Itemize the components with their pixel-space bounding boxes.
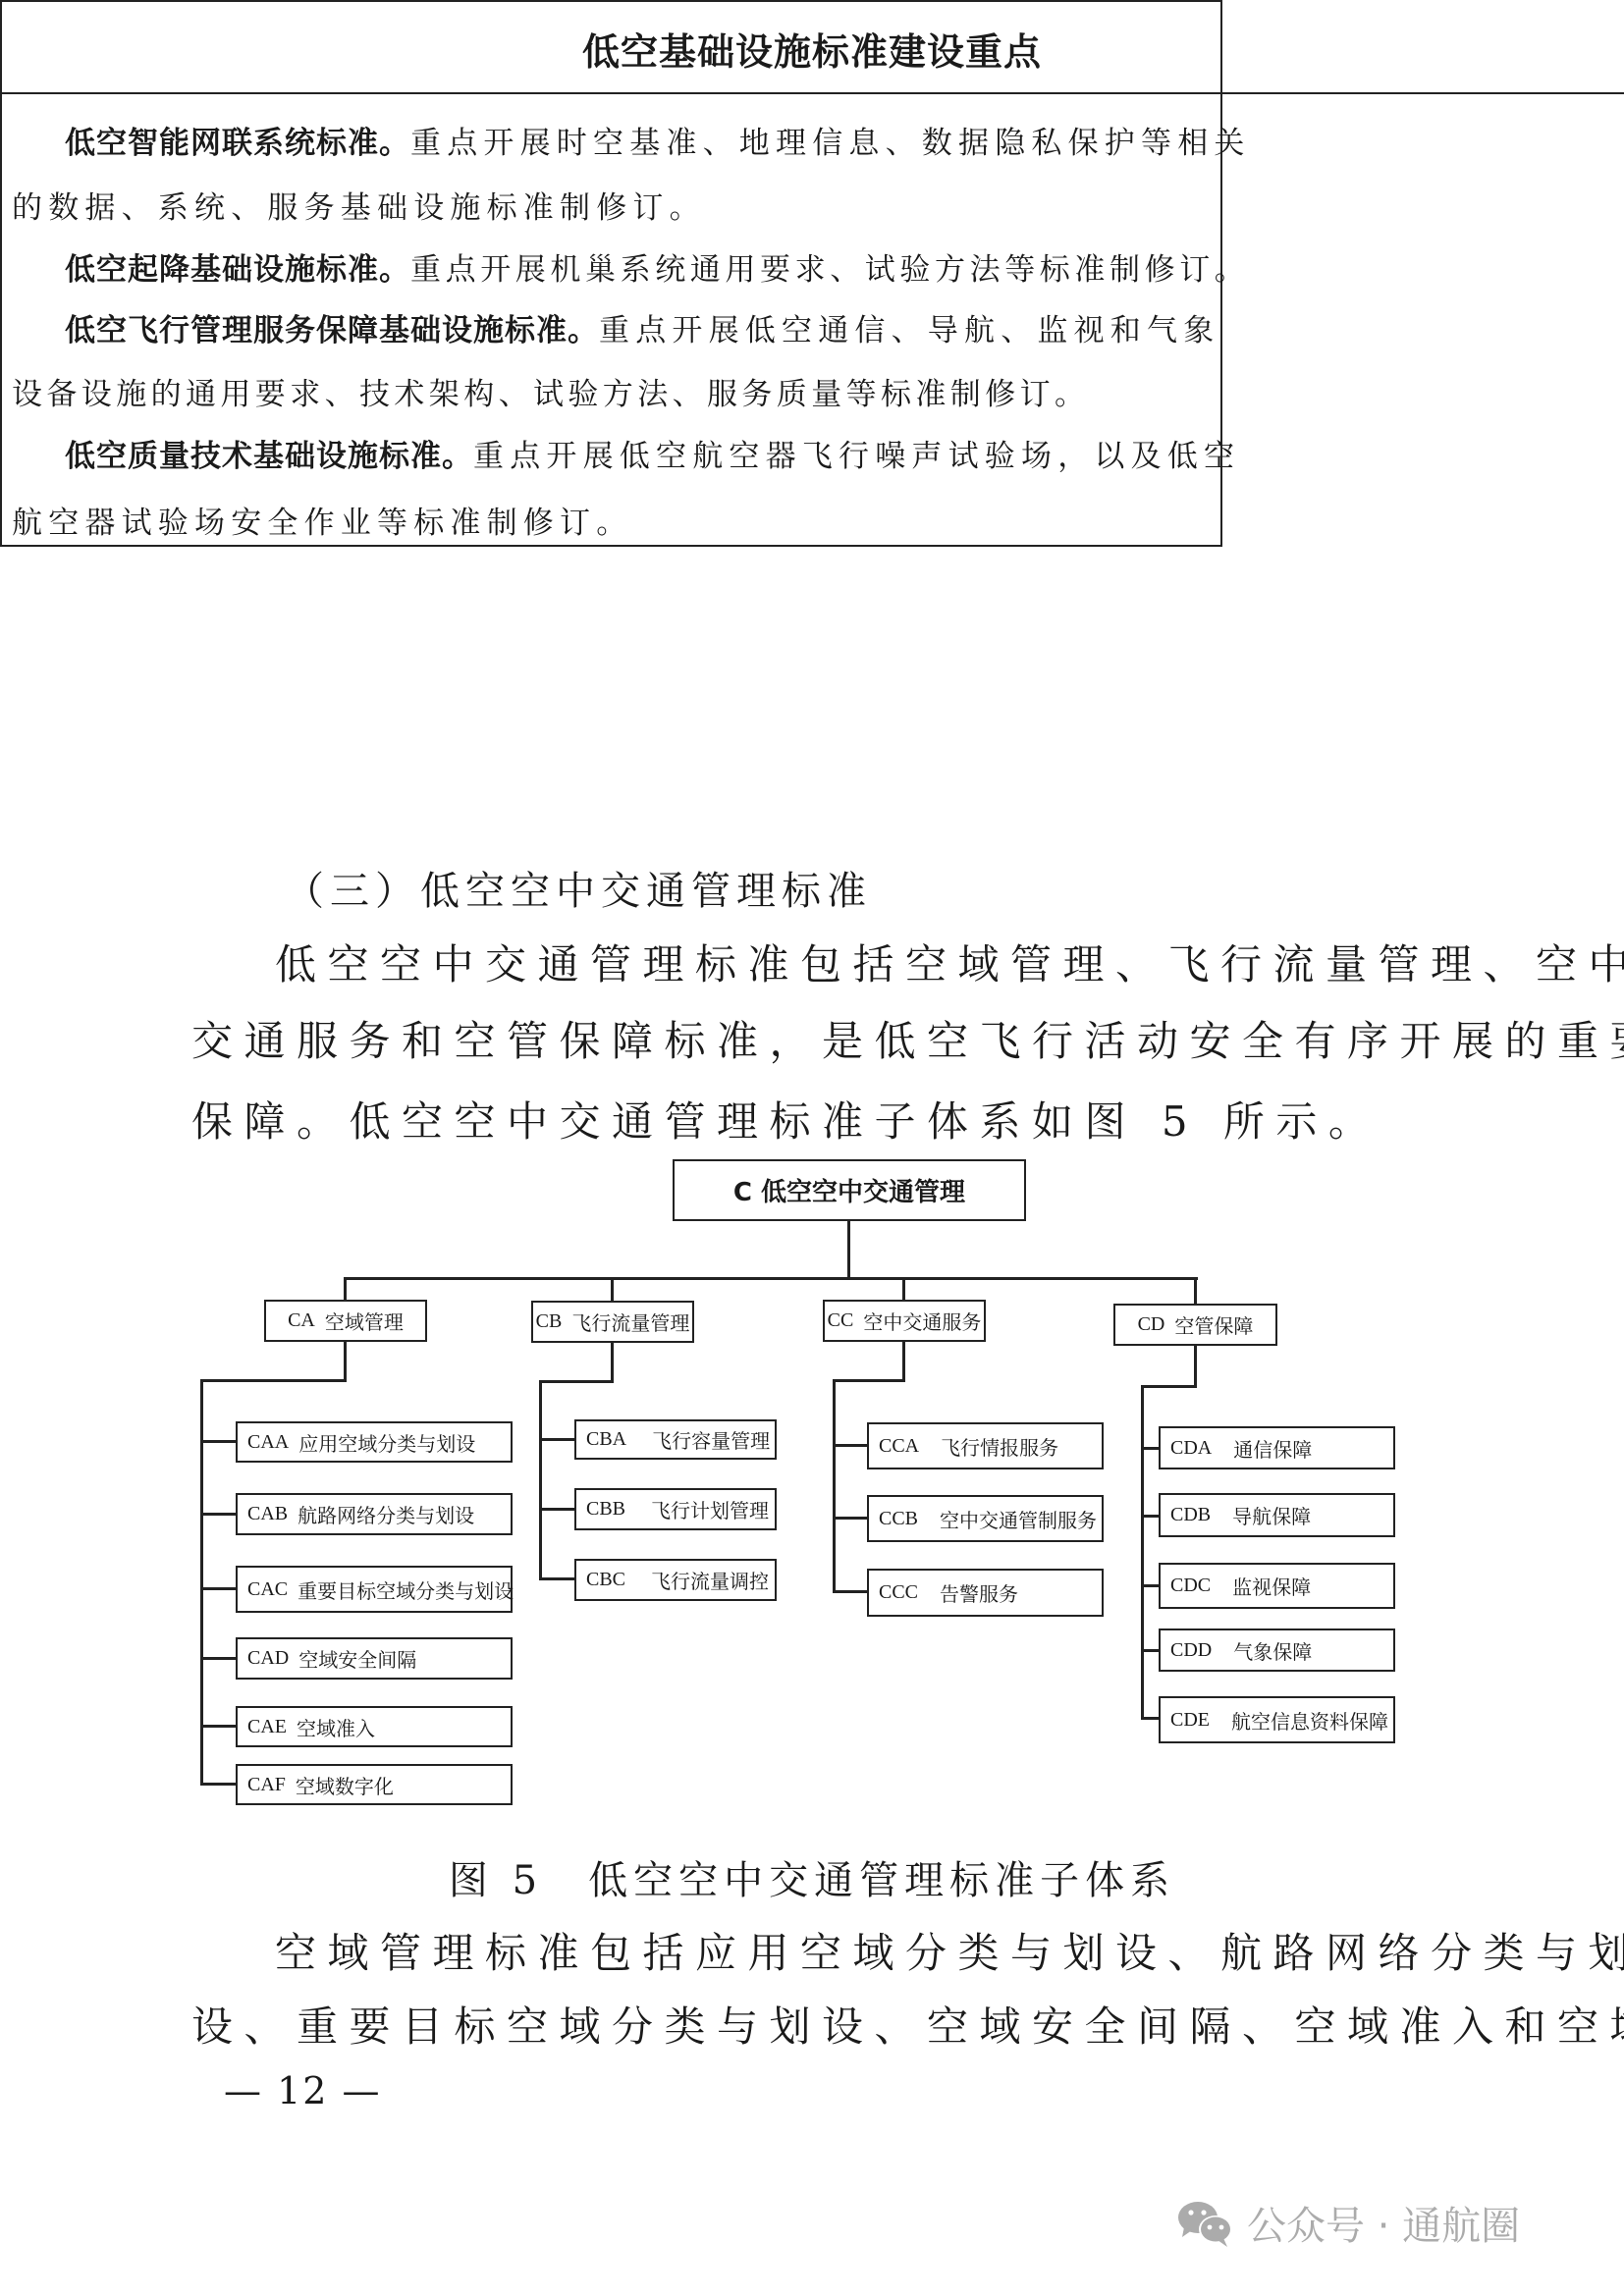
connector: [200, 1513, 237, 1516]
intro-line-1: 低空空中交通管理标准包括空域管理、飞行流量管理、空中: [275, 933, 1624, 991]
diagram-root-node: C 低空空中交通管理: [673, 1159, 1026, 1221]
connector: [1141, 1584, 1160, 1587]
connector: [200, 1587, 237, 1590]
leaf-label: 通信保障: [1233, 1434, 1312, 1463]
leaf-node-cbc: CBC飞行流量调控: [574, 1559, 777, 1601]
leaf-label: 重要目标空域分类与划设: [298, 1575, 514, 1604]
leaf-code: CBA: [586, 1428, 626, 1451]
connector: [344, 1277, 347, 1301]
connector: [539, 1438, 575, 1441]
connector: [833, 1590, 868, 1593]
group-label: 飞行流量管理: [571, 1308, 689, 1336]
group-label: 空域管理: [325, 1307, 404, 1335]
connector: [1141, 1385, 1197, 1388]
leaf-code: CCA: [879, 1435, 919, 1458]
group-label: 空中交通服务: [863, 1307, 981, 1335]
leaf-code: CAA: [247, 1431, 289, 1454]
connector: [539, 1380, 614, 1383]
connector: [200, 1440, 237, 1443]
connector: [611, 1277, 614, 1302]
key-point-1-line1: 低空智能网联系统标准。重点开展时空基准、地理信息、数据隐私保护等相关: [65, 118, 1251, 162]
leaf-node-cdb: CDB导航保障: [1159, 1493, 1395, 1537]
leaf-code: CAB: [247, 1503, 288, 1525]
leaf-node-ccc: CCC告警服务: [867, 1569, 1104, 1617]
leaf-code: CAE: [247, 1716, 287, 1738]
group-label: 空管保障: [1174, 1310, 1253, 1339]
key-point-3-text: 重点开展低空通信、导航、监视和气象: [599, 313, 1219, 348]
group-code: CD: [1138, 1313, 1165, 1336]
connector: [902, 1341, 905, 1381]
leaf-label: 空域数字化: [296, 1771, 394, 1799]
connector: [902, 1277, 905, 1301]
key-point-4-text: 重点开展低空航空器飞行噪声试验场，以及低空: [473, 439, 1240, 474]
key-point-2-lead: 低空起降基础设施标准。: [65, 252, 410, 288]
connector: [200, 1783, 237, 1786]
group-code: CB: [536, 1310, 563, 1333]
connector: [200, 1725, 237, 1728]
leaf-label: 导航保障: [1232, 1501, 1311, 1529]
connector: [847, 1220, 850, 1279]
connector: [539, 1380, 542, 1580]
connector: [833, 1517, 868, 1520]
connector: [344, 1277, 1198, 1280]
connector: [833, 1379, 905, 1382]
connector: [539, 1577, 575, 1580]
group-code: CC: [828, 1309, 854, 1332]
leaf-code: CDC: [1170, 1575, 1211, 1597]
connector: [1141, 1649, 1160, 1652]
key-points-divider: [0, 92, 1624, 94]
page-number: — 12 —: [224, 2069, 382, 2112]
leaf-label: 飞行容量管理: [652, 1425, 770, 1454]
leaf-node-cba: CBA飞行容量管理: [574, 1419, 777, 1460]
watermark: 公众号 · 通航圈: [1176, 2195, 1520, 2251]
leaf-label: 应用空域分类与划设: [298, 1428, 475, 1457]
leaf-node-cda: CDA通信保障: [1159, 1426, 1395, 1469]
intro-line-3: 保障。低空空中交通管理标准子体系如图 5 所示。: [191, 1090, 1380, 1148]
key-point-3-line2: 设备设施的通用要求、技术架构、试验方法、服务质量等标准制修订。: [12, 369, 1089, 413]
leaf-node-caf: CAF空域数字化: [236, 1764, 513, 1805]
leaf-node-cae: CAE空域准入: [236, 1706, 513, 1747]
key-point-1-text: 重点开展时空基准、地理信息、数据隐私保护等相关: [410, 126, 1251, 161]
leaf-label: 航空信息资料保障: [1231, 1706, 1388, 1735]
closing-line-1: 空域管理标准包括应用空域分类与划设、航路网络分类与划: [275, 1921, 1624, 1980]
leaf-label: 空域安全间隔: [298, 1644, 416, 1673]
leaf-node-caa: CAA应用空域分类与划设: [236, 1421, 513, 1463]
leaf-label: 飞行计划管理: [651, 1495, 769, 1523]
connector: [200, 1657, 237, 1660]
leaf-label: 监视保障: [1232, 1572, 1311, 1600]
closing-line-2: 设、重要目标空域分类与划设、空域安全间隔、空域准入和空域: [191, 1995, 1624, 2054]
connector: [833, 1379, 836, 1593]
leaf-code: CDB: [1170, 1504, 1211, 1526]
group-node-cb: CB飞行流量管理: [531, 1301, 694, 1343]
connector: [539, 1508, 575, 1511]
connector: [344, 1341, 347, 1381]
leaf-node-cab: CAB航路网络分类与划设: [236, 1493, 513, 1535]
group-code: CA: [288, 1309, 315, 1332]
leaf-code: CCB: [879, 1508, 918, 1530]
leaf-node-cdc: CDC监视保障: [1159, 1563, 1395, 1609]
leaf-label: 飞行情报服务: [941, 1432, 1058, 1461]
leaf-node-cca: CCA飞行情报服务: [867, 1422, 1104, 1469]
leaf-label: 航路网络分类与划设: [298, 1500, 474, 1528]
leaf-label: 飞行流量调控: [651, 1566, 769, 1594]
leaf-label: 告警服务: [940, 1578, 1018, 1607]
connector: [1141, 1515, 1160, 1518]
key-point-4-lead: 低空质量技术基础设施标准。: [65, 439, 473, 474]
wechat-icon: [1176, 2198, 1235, 2249]
leaf-code: CAD: [247, 1647, 289, 1670]
connector: [1141, 1717, 1160, 1720]
connector: [1141, 1447, 1160, 1450]
leaf-node-cde: CDE航空信息资料保障: [1159, 1696, 1395, 1743]
key-points-box: 低空基础设施标准建设重点 低空智能网联系统标准。重点开展时空基准、地理信息、数据…: [0, 0, 1222, 547]
connector: [1194, 1277, 1197, 1305]
leaf-node-ccb: CCB空中交通管制服务: [867, 1495, 1104, 1542]
leaf-node-cdd: CDD气象保障: [1159, 1629, 1395, 1672]
leaf-code: CBB: [586, 1498, 625, 1521]
leaf-label: 空中交通管制服务: [940, 1505, 1097, 1533]
key-point-4-line1: 低空质量技术基础设施标准。重点开展低空航空器飞行噪声试验场，以及低空: [65, 431, 1240, 475]
group-node-ca: CA空域管理: [264, 1300, 427, 1342]
connector: [1194, 1345, 1197, 1387]
group-node-cc: CC空中交通服务: [823, 1300, 986, 1342]
connector: [1141, 1385, 1144, 1720]
leaf-node-cad: CAD空域安全间隔: [236, 1637, 513, 1680]
connector: [200, 1379, 347, 1382]
connector: [833, 1444, 868, 1447]
key-points-title: 低空基础设施标准建设重点: [0, 22, 1624, 76]
leaf-node-cbb: CBB飞行计划管理: [574, 1488, 777, 1530]
leaf-code: CDE: [1170, 1709, 1210, 1732]
leaf-code: CCC: [879, 1581, 918, 1604]
leaf-label: 空域准入: [297, 1713, 375, 1741]
leaf-code: CAF: [247, 1774, 286, 1796]
key-point-2-line1: 低空起降基础设施标准。重点开展机巢系统通用要求、试验方法等标准制修订。: [65, 244, 1249, 289]
key-point-2-text: 重点开展机巢系统通用要求、试验方法等标准制修订。: [410, 252, 1249, 288]
key-point-3-lead: 低空飞行管理服务保障基础设施标准。: [65, 313, 599, 348]
leaf-node-cac: CAC重要目标空域分类与划设: [236, 1566, 513, 1613]
intro-line-2: 交通服务和空管保障标准，是低空飞行活动安全有序开展的重要: [191, 1009, 1624, 1068]
leaf-code: CDD: [1170, 1639, 1212, 1662]
section-heading: （三）低空空中交通管理标准: [285, 860, 872, 916]
key-point-4-line2: 航空器试验场安全作业等标准制修订。: [12, 498, 632, 542]
key-point-3-line1: 低空飞行管理服务保障基础设施标准。重点开展低空通信、导航、监视和气象: [65, 305, 1219, 349]
group-node-cd: CD空管保障: [1113, 1304, 1277, 1346]
leaf-code: CAC: [247, 1578, 288, 1601]
key-point-1-line2: 的数据、系统、服务基础设施标准制修订。: [12, 183, 706, 227]
connector: [611, 1342, 614, 1382]
leaf-code: CDA: [1170, 1437, 1212, 1460]
figure-caption: 图 5 低空空中交通管理标准子体系: [0, 1849, 1624, 1905]
leaf-label: 气象保障: [1233, 1636, 1312, 1665]
watermark-text: 公众号 · 通航圈: [1247, 2195, 1520, 2251]
key-point-1-lead: 低空智能网联系统标准。: [65, 126, 410, 161]
leaf-code: CBC: [586, 1569, 625, 1591]
